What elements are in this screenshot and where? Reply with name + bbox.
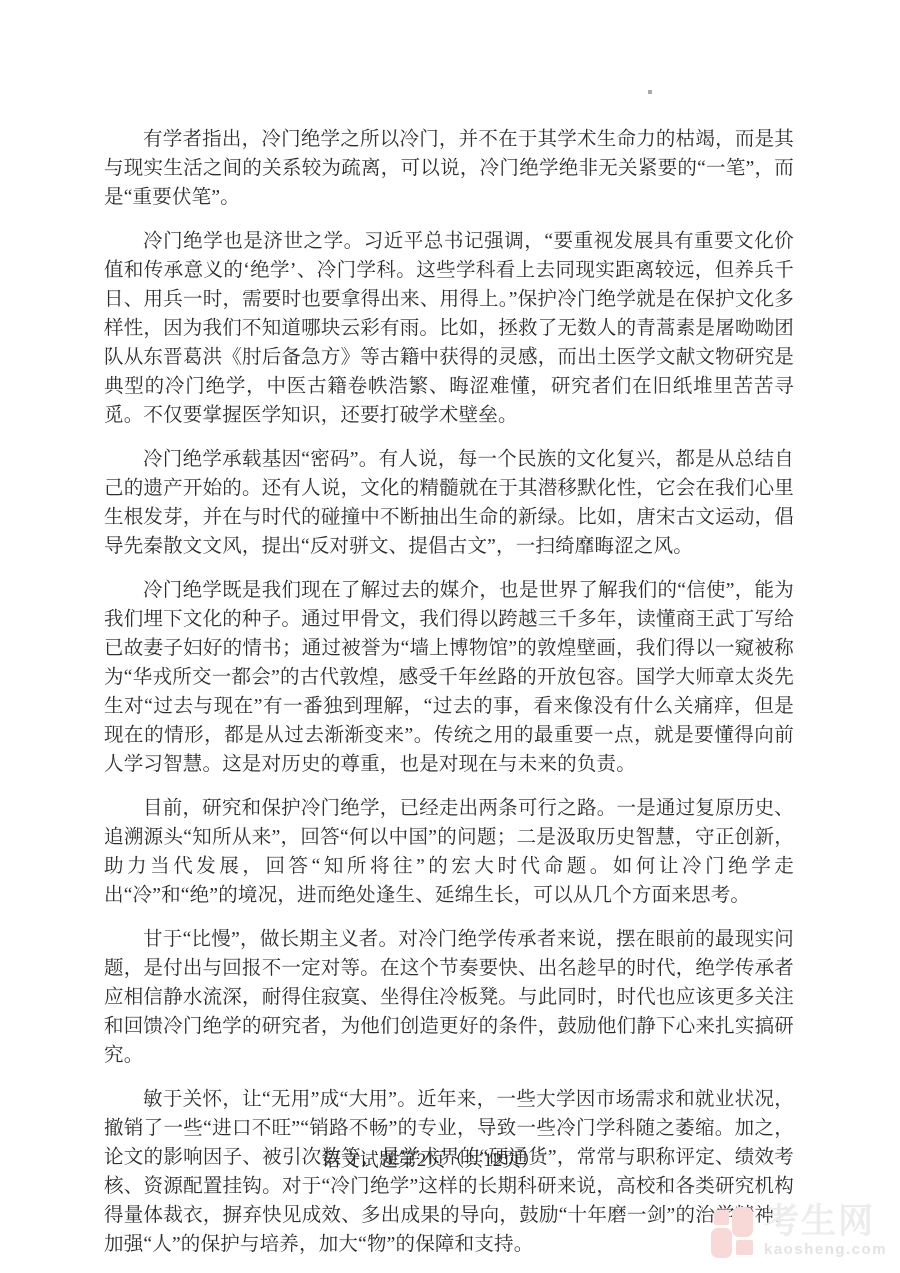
- logo-block: [732, 1207, 753, 1237]
- logo-block: [711, 1228, 732, 1258]
- paragraph: 冷门绝学承载基因“密码”。有人说，每一个民族的文化复兴，都是从总结自己的遗产开始…: [104, 445, 794, 561]
- watermark-domain-text: kaosheng.com: [764, 1241, 887, 1258]
- logo-block: [736, 1240, 753, 1255]
- document-body: 有学者指出，冷门绝学之所以冷门，并不在于其学术生命力的枯竭，而是其与现实生活之间…: [104, 125, 794, 1259]
- paragraph: 冷门绝学既是我们现在了解过去的媒介，也是世界了解我们的“信使”，能为我们埋下文化…: [104, 576, 794, 779]
- footer-page-label: 语文试题第2页（共12页）: [322, 1150, 541, 1171]
- paragraph: 甘于“比慢”，做长期主义者。对冷门绝学传承者来说，摆在眼前的最现实问题，是付出与…: [104, 925, 794, 1070]
- kaosheng-watermark: 考生网 kaosheng.com: [710, 1205, 900, 1265]
- paragraph: 目前，研究和保护冷门绝学，已经走出两条可行之路。一是通过复原历史、追溯源头“知所…: [104, 794, 794, 910]
- logo-block: [714, 1210, 729, 1225]
- page-footer: 语文试题第2页（共12页）: [86, 1146, 776, 1175]
- watermark-brand-text: 考生网: [764, 1205, 887, 1239]
- scan-artifact-dot: [648, 90, 652, 94]
- paragraph: 有学者指出，冷门绝学之所以冷门，并不在于其学术生命力的枯竭，而是其与现实生活之间…: [104, 125, 794, 212]
- exam-paper-page: 有学者指出，冷门绝学之所以冷门，并不在于其学术生命力的枯竭，而是其与现实生活之间…: [0, 0, 900, 1273]
- kaosheng-logo-icon: [710, 1205, 757, 1258]
- watermark-text: 考生网 kaosheng.com: [764, 1205, 887, 1258]
- paragraph: 冷门绝学也是济世之学。习近平总书记强调，“要重视发展具有重要文化价值和传承意义的…: [104, 227, 794, 430]
